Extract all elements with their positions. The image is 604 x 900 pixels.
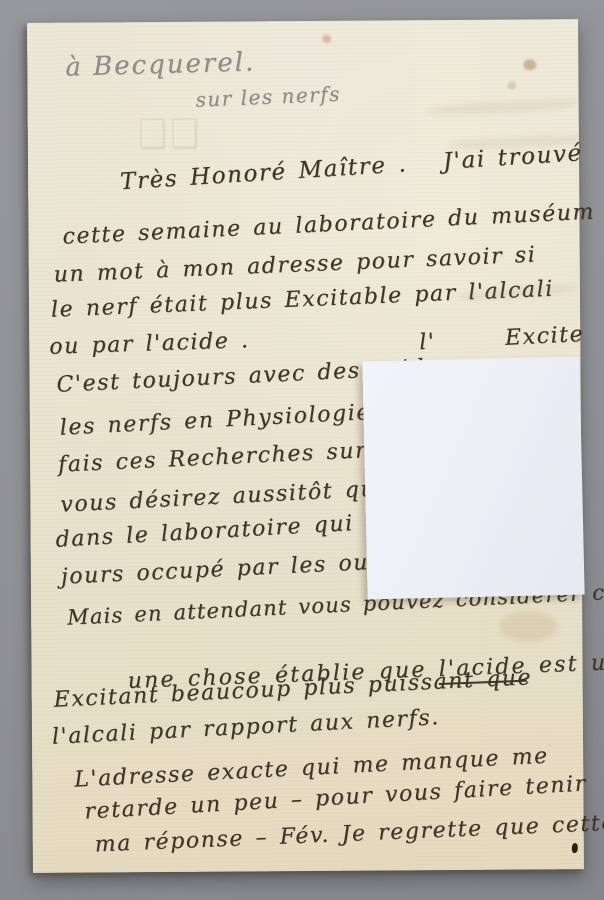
photograph-of-letter: à Becquerel. sur les nerfs Très Honoré M… xyxy=(0,0,604,900)
blind-stamp xyxy=(141,119,197,149)
covering-note-paper xyxy=(362,357,584,600)
pencil-annotation-subject: sur les nerfs xyxy=(195,82,341,112)
letter-line: ou par l'acide . xyxy=(49,328,250,361)
foxing-spot xyxy=(507,82,516,90)
pencil-annotation-addressee: à Becquerel. xyxy=(65,47,256,82)
ink-blot xyxy=(572,843,578,853)
foxing-spot xyxy=(322,35,331,43)
letter-line-segment: est un xyxy=(526,650,604,679)
letter-line-fragment: l' Excite xyxy=(419,322,585,356)
foxing-spot xyxy=(523,59,536,70)
verso-show-through xyxy=(427,97,577,117)
